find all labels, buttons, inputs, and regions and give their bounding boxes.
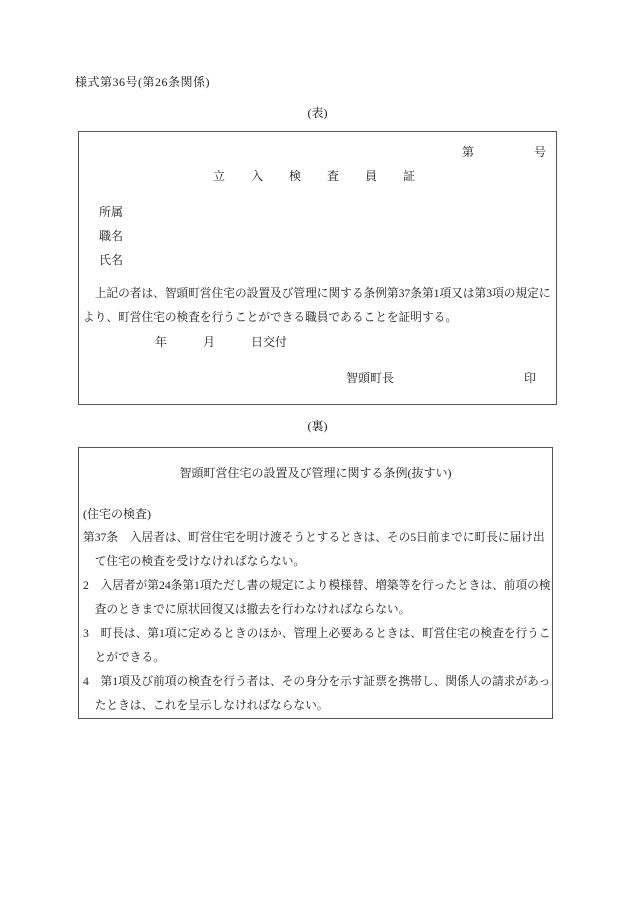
certificate-fields: 所属 職名 氏名 — [79, 200, 556, 272]
front-side-label: (表) — [78, 106, 557, 120]
certificate-body-text: 上記の者は、智頭町営住宅の設置及び管理に関する条例第37条第1項又は第3項の規定… — [79, 282, 556, 330]
section-heading: (住宅の検査) — [83, 502, 551, 526]
front-certificate-box: 第 号 立 入 検 査 員 証 所属 職名 氏名 上記の者は、智頭町営住宅の設置… — [78, 131, 557, 405]
document-page: 様式第36号(第26条関係) (表) 第 号 立 入 検 査 員 証 所属 職名… — [0, 0, 630, 903]
clause-article-37-paragraph-1: 第37条 入居者は、町営住宅を明け渡そうとするときは、その5日前までに町長に届け… — [83, 526, 551, 574]
certificate-number: 第 号 — [79, 140, 556, 164]
ordinance-title: 智頭町営住宅の設置及び管理に関する条例(抜すい) — [79, 461, 552, 485]
back-excerpt-box: 智頭町営住宅の設置及び管理に関する条例(抜すい) (住宅の検査) 第37条 入居… — [78, 447, 553, 719]
certificate-title: 立 入 検 査 員 証 — [79, 164, 556, 188]
issuer-name: 智頭町長 — [346, 366, 394, 390]
field-affiliation-label: 所属 — [99, 200, 556, 224]
ordinance-excerpt: (住宅の検査) 第37条 入居者は、町営住宅を明け渡そうとするときは、その5日前… — [79, 502, 552, 718]
form-number-label: 様式第36号(第26条関係) — [75, 75, 210, 89]
clause-paragraph-4: 4 第1項及び前項の検査を行う者は、その身分を示す証票を携帯し、関係人の請求があ… — [83, 670, 551, 718]
clause-paragraph-3: 3 町長は、第1項に定めるときのほか、管理上必要あるときは、町営住宅の検査を行う… — [83, 622, 551, 670]
back-side-label: (裏) — [78, 419, 557, 433]
seal-mark: 印 — [524, 366, 536, 390]
clause-paragraph-2: 2 入居者が第24条第1項ただし書の規定により模様替、増築等を行ったときは、前項… — [83, 574, 551, 622]
field-position-label: 職名 — [99, 224, 556, 248]
issuer-line: 智頭町長 印 — [79, 366, 556, 390]
field-name-label: 氏名 — [99, 248, 556, 272]
issue-date-line: 年 月 日交付 — [79, 330, 556, 354]
